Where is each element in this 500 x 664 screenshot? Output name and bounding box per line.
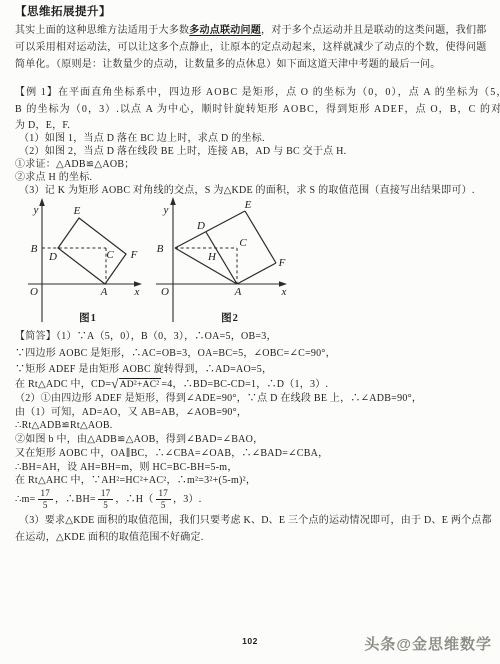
fig1-label-C: C	[106, 249, 114, 261]
fraction-m-numerator: 17	[38, 488, 54, 499]
fig2-label-B: B	[157, 243, 164, 255]
solution-line-12-part-3: ，∴H（	[115, 493, 153, 506]
question-2-sub-2: ②求点 H 的坐标.	[15, 171, 92, 184]
solution-line-2: ∵四边形 AOBC 是矩形，∴AC=OB=3，OA=BC=5，∠OBC=∠C=9…	[15, 347, 336, 360]
intro-line-1-pre: 其实上面的这种思维方法适用于大多数	[15, 25, 189, 36]
solution-line-1: 【简答】（1）∵A（5，0），B（0，3），∴OA=5，OB=3，	[15, 330, 277, 343]
solution-line-7: ∴Rt△ADB≌Rt△AOB.	[15, 419, 113, 432]
radical-sign: √	[111, 376, 118, 391]
fraction-h: 175	[156, 488, 172, 510]
fig2-label-O: O	[161, 286, 169, 298]
fig2-caption: 图2	[221, 311, 239, 324]
example-line-1: 【例 1】在平面直角坐标系中，四边形 AOBC 是矩形，点 O 的坐标为（0，0…	[15, 86, 500, 99]
fig1-label-O: O	[30, 286, 38, 298]
solution-line-8: ②如图 b 中，由△ADB≌△AOB，得到∠BAD=∠BAO，	[15, 433, 263, 446]
solution-line-11: 在 Rt△AHC 中，∵AH²=HC²+AC²，∴m²=3²+(5-m)²，	[15, 474, 256, 487]
question-2-sub-1: ①求证：△ADB≌△AOB；	[15, 158, 135, 171]
intro-line-1-emphasis: 多动点联动问题	[189, 25, 261, 36]
fraction-m: 175	[38, 488, 54, 510]
fig1-label-A: A	[100, 286, 108, 298]
fig1-label-B: B	[31, 243, 38, 255]
fig2-label-x: x	[281, 286, 287, 298]
solution-line-12: ∴m= 175 ，∴BH= 175 ，∴H（ 175 ，3）.	[15, 488, 202, 510]
solution-line-6: 由（1）可知，AD=AO，又 AB=AB，∠AOB=90°，	[15, 406, 247, 419]
intro-line-3: 简单化。（原则是：让数量少的点动，让数量多的点休息）如下面这道天津中考题的最后一…	[15, 58, 441, 71]
solution-line-14: 在运动，△KDE 面积的取值范围不好确定.	[15, 531, 204, 544]
question-1: （1）如图 1，当点 D 落在 BC 边上时，求点 D 的坐标.	[19, 132, 265, 145]
watermark: 头条@金思维数学	[364, 633, 492, 654]
intro-line-1: 其实上面的这种思维方法适用于大多数多动点联动问题，对于多个点运动并且是联动的这类…	[15, 24, 487, 37]
fraction-bh-denominator: 5	[98, 500, 114, 510]
question-2: （2）如图 2，当点 D 落在线段 BE 上时，连接 AB，AD 与 BC 交于…	[19, 145, 346, 158]
figure-1-drawing	[28, 198, 142, 322]
fig1-caption: 图1	[79, 311, 97, 324]
figure-2-drawing	[156, 197, 287, 322]
fig1-label-E: E	[73, 205, 81, 217]
section-title: 【思维拓展提升】	[15, 6, 111, 19]
example-line-2: B 的坐标为（0，3）.以点 A 为中心，顺时针旋转矩形 AOBC，得到矩形 A…	[15, 103, 500, 116]
fig2-label-H: H	[207, 251, 217, 263]
intro-line-2: 可以采用相对运动法，可以让这多个点静止，让原本的定点动起来，这样就减少了动点的个…	[15, 41, 487, 54]
fig2-label-F: F	[278, 257, 286, 269]
solution-line-4-pre: 在 Rt△ADC 中，CD=	[15, 379, 111, 390]
solution-line-10: ∴BH=AH，设 AH=BH=m，则 HC=BC-BH=5-m，	[15, 461, 238, 474]
solution-line-12-part-4: ，3）.	[173, 493, 202, 506]
fig1-label-y: y	[33, 204, 39, 216]
radicand: AD²+AC²	[119, 378, 162, 392]
document-page: 【思维拓展提升】 其实上面的这种思维方法适用于大多数多动点联动问题，对于多个点运…	[0, 0, 500, 664]
fig2-label-E: E	[244, 199, 252, 211]
fraction-h-numerator: 17	[156, 488, 172, 499]
fig1-label-F: F	[130, 249, 138, 261]
intro-line-1-post: ，对于多个点运动并且是联动的这类问题，我们都	[261, 25, 487, 36]
fraction-m-denominator: 5	[38, 500, 54, 510]
solution-line-3: ∵矩形 ADEF 是由矩形 AOBC 旋转得到，∴AD=AO=5，	[15, 363, 272, 376]
fig2-label-C: C	[239, 237, 247, 249]
fig2-y-arrow-icon	[170, 197, 176, 205]
fig1-label-D: D	[48, 251, 57, 263]
fig1-label-x: x	[134, 286, 140, 298]
solution-line-13: （3）要求△KDE 面积的取值范围，我们只要考虑 K、D、E 三个点的运动情况即…	[19, 514, 492, 527]
solution-line-9: 又在矩形 AOBC 中，OA∥BC，∴∠CBA=∠OAB，∴∠BAD=∠CBA，	[15, 447, 328, 460]
fig2-label-D: D	[196, 220, 205, 232]
solution-line-4-post: =4，∴BD=BC-CD=1，∴D（1，3）.	[161, 379, 328, 390]
fig2-label-A: A	[234, 286, 242, 298]
figure-2-labels: y x O A B C D E F H 图2	[157, 199, 287, 324]
solution-line-5: （2）①由四边形 ADEF 是矩形，得到∠ADE=90°，∵点 D 在线段 BE…	[15, 392, 422, 405]
solution-line-4: 在 Rt△ADC 中，CD=√AD²+AC²=4，∴BD=BC-CD=1，∴D（…	[15, 377, 328, 392]
fig2-label-y: y	[163, 204, 169, 216]
solution-line-12-part-1: ∴m=	[15, 493, 36, 506]
example-line-3: 为 D，E，F.	[15, 119, 70, 132]
fig1-y-arrow-icon	[39, 198, 45, 206]
fraction-h-denominator: 5	[156, 500, 172, 510]
solution-line-12-part-2: ，∴BH=	[55, 493, 96, 506]
square-root-expression: √AD²+AC²	[111, 377, 161, 392]
fraction-bh: 175	[98, 488, 114, 510]
geometry-figures: y x O A B C D E F 图1	[0, 194, 340, 330]
fraction-bh-numerator: 17	[98, 488, 114, 499]
